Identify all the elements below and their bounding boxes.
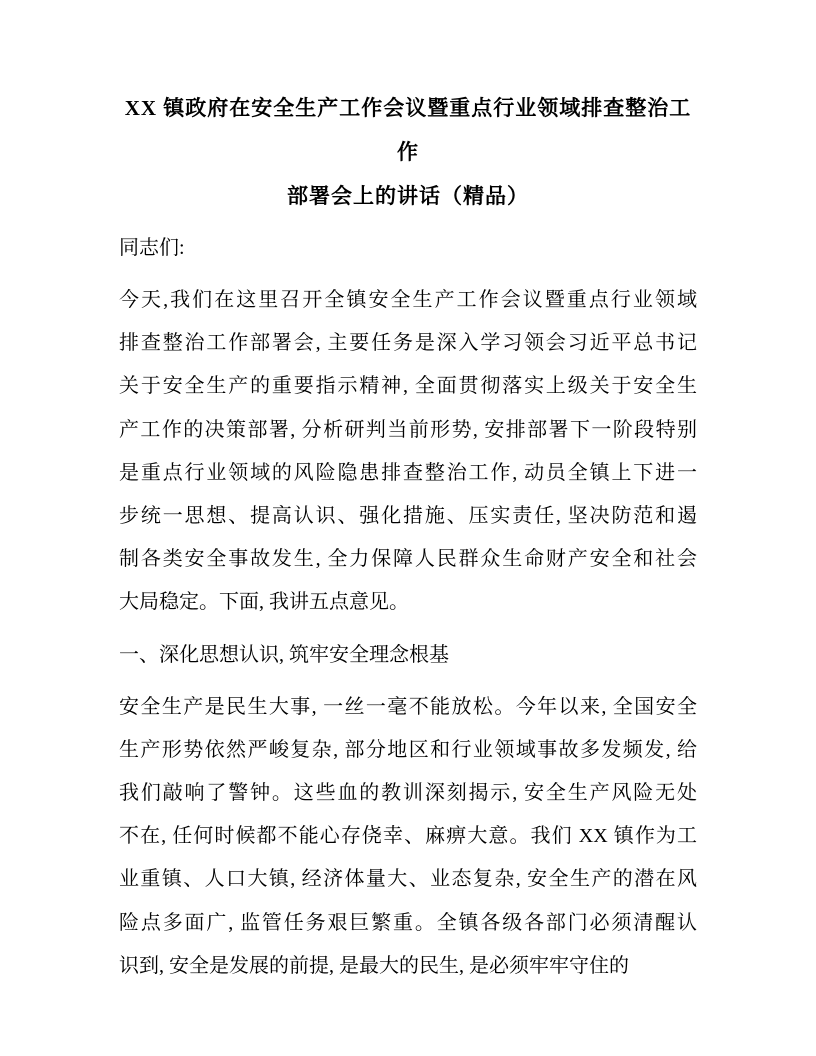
text-line: 排查整治工作部署会, 主要任务是深入学习领会习近平总书记 (119, 322, 697, 365)
text-line: 不在, 任何时候都不能心存侥幸、麻痹大意。我们 XX 镇作为工 (119, 815, 697, 858)
text-line: 关于安全生产的重要指示精神, 全面贯彻落实上级关于安全生 (119, 365, 697, 408)
text-line: 产工作的决策部署, 分析研判当前形势, 安排部署下一阶段特别 (119, 409, 697, 452)
paragraph: 安全生产是民生大事, 一丝一毫不能放松。今年以来, 全国安全生产形势依然严峻复杂… (119, 686, 697, 988)
section-heading: 一、深化思想认识, 筑牢安全理念根基 (119, 634, 697, 677)
text-line: 我们敲响了警钟。这些血的教训深刻揭示, 安全生产风险无处 (119, 772, 697, 815)
text-line: 险点多面广, 监管任务艰巨繁重。全镇各级各部门必须清醒认 (119, 902, 697, 945)
text-line: 今天,我们在这里召开全镇安全生产工作会议暨重点行业领域 (119, 279, 697, 322)
salutation: 同志们: (119, 227, 697, 270)
paragraph: 今天,我们在这里召开全镇安全生产工作会议暨重点行业领域排查整治工作部署会, 主要… (119, 279, 697, 625)
text-line: 大局稳定。下面, 我讲五点意见。 (119, 581, 697, 624)
text-line: 步统一思想、提高认识、强化措施、压实责任, 坚决防范和遏 (119, 495, 697, 538)
text-line: 生产形势依然严峻复杂, 部分地区和行业领域事故多发频发, 给 (119, 729, 697, 772)
text-line: 制各类安全事故发生, 全力保障人民群众生命财产安全和社会 (119, 538, 697, 581)
text-line: 识到, 安全是发展的前提, 是最大的民生, 是必须牢牢守住的 (119, 945, 697, 988)
document-body: 同志们:今天,我们在这里召开全镇安全生产工作会议暨重点行业领域排查整治工作部署会… (119, 227, 697, 988)
text-line: 是重点行业领域的风险隐患排查整治工作, 动员全镇上下进一 (119, 452, 697, 495)
document-page: XX 镇政府在安全生产工作会议暨重点行业领域排查整治工作部署会上的讲话（精品） … (0, 0, 816, 1056)
document-title: XX 镇政府在安全生产工作会议暨重点行业领域排查整治工作部署会上的讲话（精品） (119, 86, 697, 218)
document-title-line: XX 镇政府在安全生产工作会议暨重点行业领域排查整治工作 (119, 86, 697, 174)
document-title-line: 部署会上的讲话（精品） (119, 174, 697, 218)
text-line: 业重镇、人口大镇, 经济体量大、业态复杂, 安全生产的潜在风 (119, 858, 697, 901)
text-line: 安全生产是民生大事, 一丝一毫不能放松。今年以来, 全国安全 (119, 686, 697, 729)
